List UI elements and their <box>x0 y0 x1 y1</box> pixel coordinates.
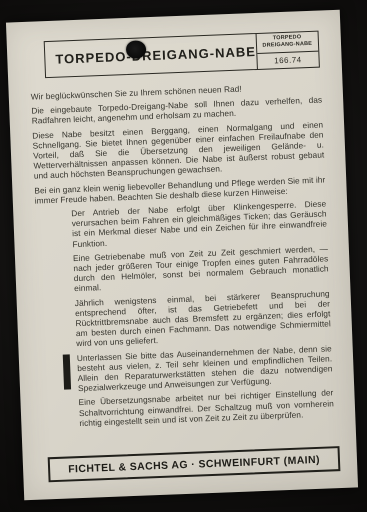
hint-paragraph: Eine Übersetzungsnabe arbeitet nur bei r… <box>78 388 334 428</box>
hints-list: Der Antrieb der Nabe erfolgt über Klinke… <box>71 198 334 428</box>
hint-paragraph-text: Unterlassen Sie bitte das Auseinanderneh… <box>77 343 333 393</box>
header: TORPEDO-DREIGANG-NABE TORPEDO DREIGANG-N… <box>44 31 320 79</box>
body-text: Wir beglückwünschen Sie zu Ihrem schönen… <box>31 81 335 434</box>
document-page: TORPEDO-DREIGANG-NABE TORPEDO DREIGANG-N… <box>6 10 358 500</box>
stamp-product-name: TORPEDO DREIGANG-NABE <box>256 32 318 54</box>
hint-paragraph-important: Unterlassen Sie bitte das Auseinanderneh… <box>77 343 333 394</box>
document-title: TORPEDO-DREIGANG-NABE <box>45 34 257 77</box>
company-imprint-text: FICHTEL & SACHS AG · SCHWEINFURT (MAIN) <box>68 453 320 475</box>
hint-paragraph: Eine Getriebenabe muß von Zeit zu Zeit g… <box>73 243 329 294</box>
stamp-number: 166.74 <box>257 52 319 69</box>
hint-paragraph: Der Antrieb der Nabe erfolgt über Klinke… <box>71 198 327 249</box>
corner-stamp: TORPEDO DREIGANG-NABE 166.74 <box>255 32 319 69</box>
company-imprint: FICHTEL & SACHS AG · SCHWEINFURT (MAIN) <box>48 446 341 482</box>
emphasis-bar <box>63 354 71 390</box>
stamp-name-line2: DREIGANG-NABE <box>262 41 312 49</box>
hint-paragraph: Jährlich wenigstens einmal, bei stärkere… <box>75 288 332 349</box>
intro-paragraph: Diese Nabe besitzt einen Berggang, einen… <box>32 119 325 181</box>
